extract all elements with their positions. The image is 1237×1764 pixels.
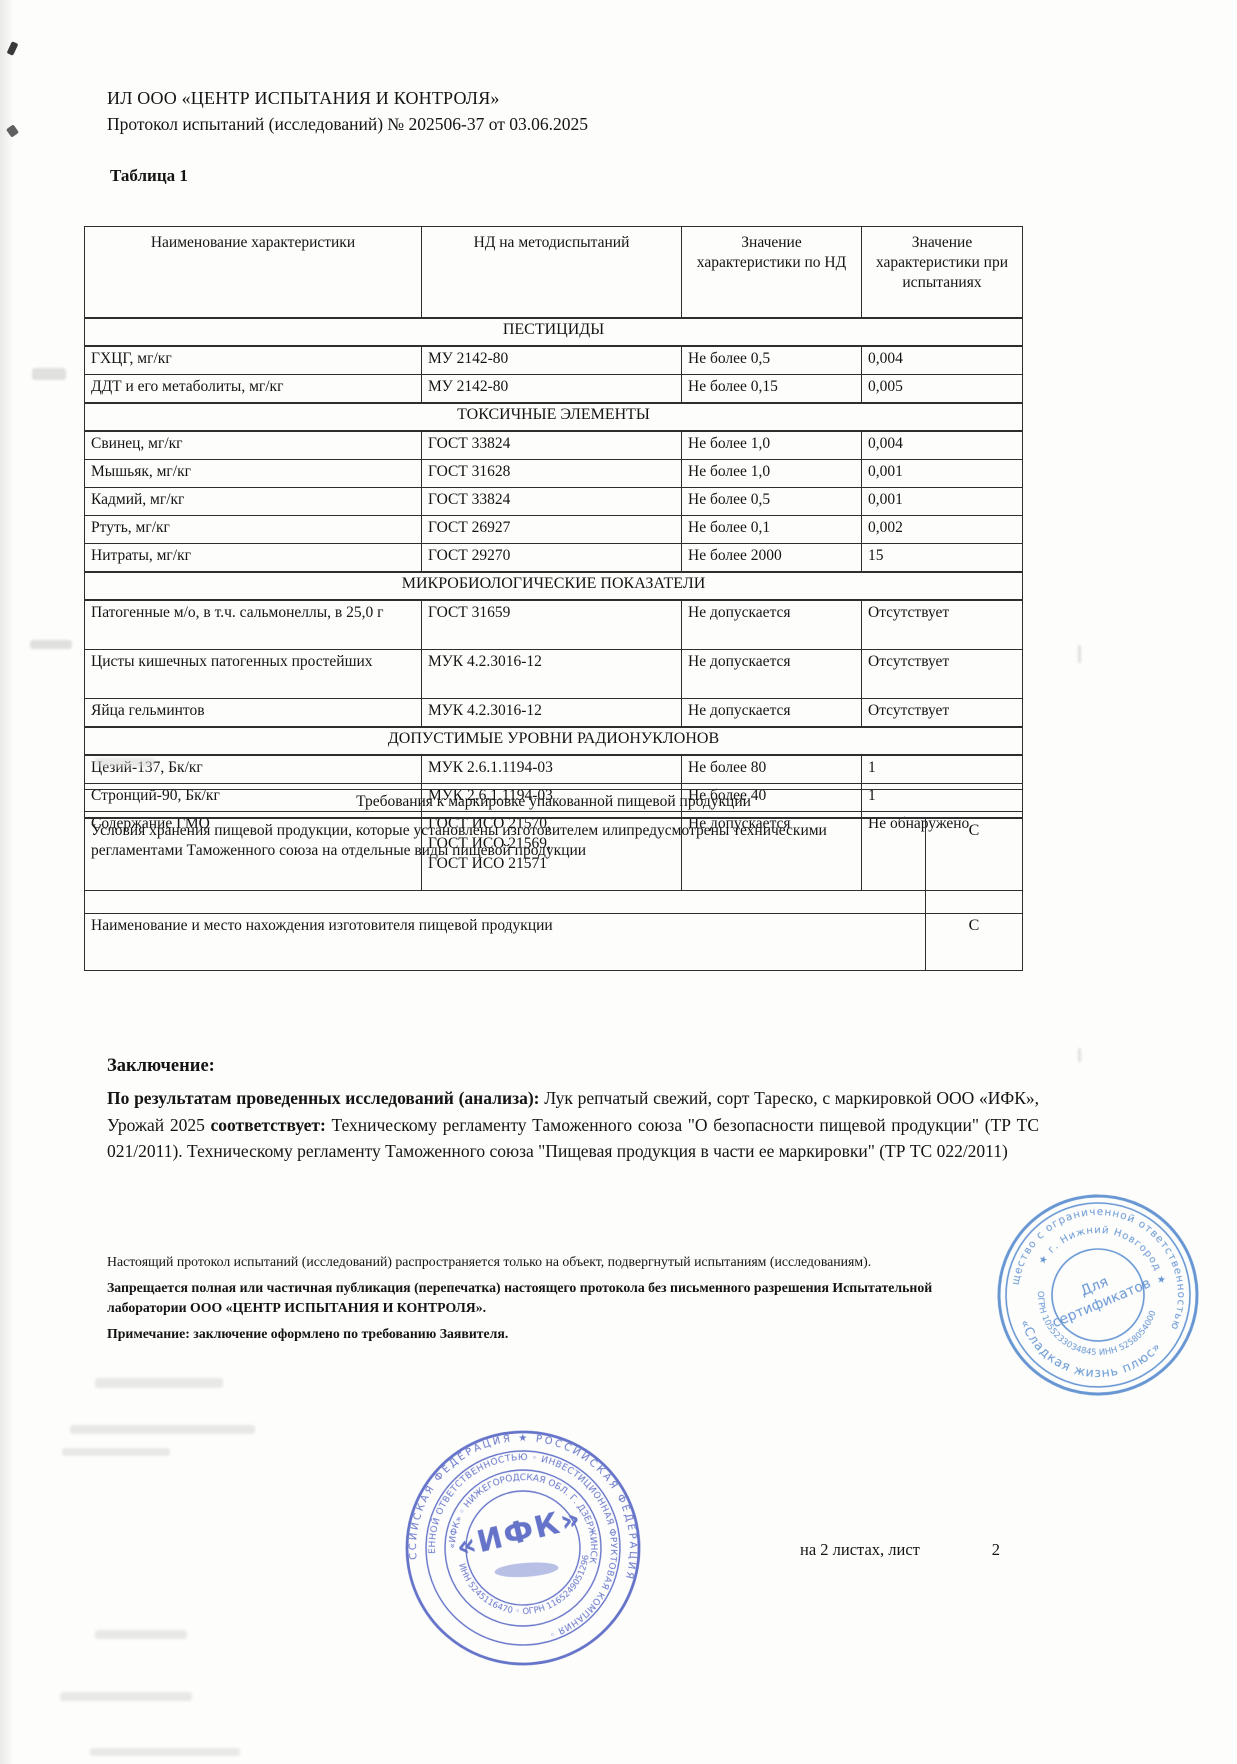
cell-test-value: Отсутствует xyxy=(862,600,1023,650)
protocol-number-line: Протокол испытаний (исследований) № 2025… xyxy=(107,113,588,137)
section-row: МИКРОБИОЛОГИЧЕСКИЕ ПОКАЗАТЕЛИ xyxy=(85,572,1023,600)
ifk-ring-address-text: ООО «ИФК» ◦ НИЖЕГОРОДСКАЯ ОБЛ. Г. ДЗЕРЖИ… xyxy=(384,1409,599,1579)
marking-table: Требования к маркировке упакованной пище… xyxy=(84,789,1023,971)
col-header-test-value: Значение характеристики при испытаниях xyxy=(862,227,1023,319)
table-header-row: Наименование характеристики НД на методи… xyxy=(85,227,1023,319)
cell-nd-value: Не допускается xyxy=(682,699,862,728)
col-header-method: НД на методиспытаний xyxy=(422,227,682,319)
ifk-ink-smudge xyxy=(494,1561,559,1579)
cell-characteristic: ДДТ и его метаболиты, мг/кг xyxy=(85,375,422,404)
table-row: Нитраты, мг/кг ГОСТ 29270 Не более 2000 … xyxy=(85,544,1023,573)
marking-header-row: Требования к маркировке упакованной пище… xyxy=(85,790,1023,819)
cell-test-value: Отсутствует xyxy=(862,699,1023,728)
table-row: Патогенные м/о, в т.ч. сальмонеллы, в 25… xyxy=(85,600,1023,650)
col-header-nd-value: Значение характеристики по НД xyxy=(682,227,862,319)
col-header-characteristic: Наименование характеристики xyxy=(85,227,422,319)
cell-characteristic: Ртуть, мг/кг xyxy=(85,516,422,544)
section-label: ДОПУСТИМЫЕ УРОВНИ РАДИОНУКЛОНОВ xyxy=(85,727,1023,755)
cell-test-value: 0,004 xyxy=(862,346,1023,375)
svg-text:ОБЩЕСТВО С ОГРАНИЧЕННОЙ ОТВЕТС: ОБЩЕСТВО С ОГРАНИЧЕННОЙ ОТВЕТСТВЕННОСТЬЮ… xyxy=(384,1409,624,1650)
stamp-center-line2: сертификатов xyxy=(1050,1275,1153,1331)
section-row: ТОКСИЧНЫЕ ЭЛЕМЕНТЫ xyxy=(85,403,1023,431)
cell-test-value: 1 xyxy=(862,755,1023,784)
cell-method: ГОСТ 26927 xyxy=(422,516,682,544)
ifk-ring-company-text: ОБЩЕСТВО С ОГРАНИЧЕННОЙ ОТВЕТСТВЕННОСТЬЮ… xyxy=(384,1409,624,1650)
table-row: Яйца гельминтов МУК 4.2.3016-12 Не допус… xyxy=(85,699,1023,728)
svg-text:★ г. Нижний Новгород ★: ★ г. Нижний Новгород ★ xyxy=(1036,1214,1175,1288)
stamp-company-text: «Сладкая жизнь плюс» xyxy=(1010,1315,1165,1392)
page-number: 2 xyxy=(992,1540,1000,1560)
table-row: Цисты кишечных патогенных простейших МУК… xyxy=(85,650,1023,699)
cell-nd-value: Не более 2000 xyxy=(682,544,862,573)
cell-nd-value: Не более 1,0 xyxy=(682,431,862,460)
scan-artifact xyxy=(6,124,19,137)
scanned-protocol-page: { "page": { "header_org": "ИЛ ООО «ЦЕНТР… xyxy=(0,0,1237,1764)
cell-method: МУК 2.6.1.1194-03 xyxy=(422,755,682,784)
cell-characteristic: Нитраты, мг/кг xyxy=(85,544,422,573)
table-title: Таблица 1 xyxy=(110,166,188,186)
scan-artifact xyxy=(30,640,72,649)
scan-artifact xyxy=(32,368,66,380)
cell-test-value: 0,005 xyxy=(862,375,1023,404)
scan-artifact xyxy=(1078,1048,1081,1062)
cell-method: МУ 2142-80 xyxy=(422,346,682,375)
svg-text:ОГРН 1055233034845 ИНН 52580: ОГРН 1055233034845 ИНН 5258054000 xyxy=(1025,1289,1159,1368)
cell-nd-value: Не более 0,15 xyxy=(682,375,862,404)
cell-characteristic: Цисты кишечных патогенных простейших xyxy=(85,650,422,699)
cell-nd-value: Не более 1,0 xyxy=(682,460,862,488)
section-label: ТОКСИЧНЫЕ ЭЛЕМЕНТЫ xyxy=(85,403,1023,431)
cell-characteristic: Яйца гельминтов xyxy=(85,699,422,728)
cell-method: МУ 2142-80 xyxy=(422,375,682,404)
table-row: Мышьяк, мг/кг ГОСТ 31628 Не более 1,0 0,… xyxy=(85,460,1023,488)
cell-method: ГОСТ 33824 xyxy=(422,431,682,460)
cell-test-value: 0,001 xyxy=(862,488,1023,516)
cell-characteristic: Патогенные м/о, в т.ч. сальмонеллы, в 25… xyxy=(85,600,422,650)
table-row: Свинец, мг/кг ГОСТ 33824 Не более 1,0 0,… xyxy=(85,431,1023,460)
cell-test-value: 0,002 xyxy=(862,516,1023,544)
table-row: Кадмий, мг/кг ГОСТ 33824 Не более 0,5 0,… xyxy=(85,488,1023,516)
stamp-ifk: ★ РОССИЙСКАЯ ФЕДЕРАЦИЯ ★ РОССИЙСКАЯ ФЕДЕ… xyxy=(384,1409,662,1687)
footnote-remark: Примечание: заключение оформлено по треб… xyxy=(107,1324,1013,1344)
cell-nd-value: Не более 80 xyxy=(682,755,862,784)
page-footer: на 2 листах, лист 2 xyxy=(800,1540,1000,1560)
cell-characteristic: Свинец, мг/кг xyxy=(85,431,422,460)
cell-characteristic: ГХЦГ, мг/кг xyxy=(85,346,422,375)
scan-artifact xyxy=(7,41,19,56)
ifk-ring-numbers-text: ИНН 5245116470 ◦ ОГРН 1165249051296 xyxy=(456,1554,596,1622)
cell-method: МУК 4.2.3016-12 xyxy=(422,699,682,728)
cell-characteristic: Кадмий, мг/кг xyxy=(85,488,422,516)
table-row: ДДТ и его метаболиты, мг/кг МУ 2142-80 Н… xyxy=(85,375,1023,404)
stamp-numbers-text: ОГРН 1055233034845 ИНН 5258054000 xyxy=(1025,1289,1159,1368)
section-label: ПЕСТИЦИДЫ xyxy=(85,318,1023,346)
lab-name: ИЛ ООО «ЦЕНТР ИСПЫТАНИЯ И КОНТРОЛЯ» xyxy=(107,86,588,110)
section-label: МИКРОБИОЛОГИЧЕСКИЕ ПОКАЗАТЕЛИ xyxy=(85,572,1023,600)
marking-row: Условия хранения пищевой продукции, кото… xyxy=(85,818,1023,914)
cell-method: ГОСТ 31628 xyxy=(422,460,682,488)
cell-test-value: Отсутствует xyxy=(862,650,1023,699)
cell-method: ГОСТ 33824 xyxy=(422,488,682,516)
svg-text:ООО «ИФК» ◦ НИЖЕГОРОДСКАЯ ОБЛ.: ООО «ИФК» ◦ НИЖЕГОРОДСКАЯ ОБЛ. Г. ДЗЕРЖИ… xyxy=(384,1409,599,1579)
marking-requirement-value: С xyxy=(926,818,1023,914)
conclusion-verdict: соответствует: xyxy=(211,1115,326,1135)
conclusion-paragraph: По результатам проведенных исследований … xyxy=(107,1085,1039,1165)
scan-artifact xyxy=(60,1692,192,1701)
cell-characteristic: Мышьяк, мг/кг xyxy=(85,460,422,488)
section-row: ПЕСТИЦИДЫ xyxy=(85,318,1023,346)
conclusion-lead: По результатам проведенных исследований … xyxy=(107,1088,540,1108)
cell-nd-value: Не более 0,1 xyxy=(682,516,862,544)
conclusion-title: Заключение: xyxy=(107,1056,1039,1077)
svg-text:ИНН 5245116470 ◦ ОГРН 11652490: ИНН 5245116470 ◦ ОГРН 1165249051296 xyxy=(456,1554,596,1622)
scan-artifact xyxy=(1078,645,1081,663)
marking-requirement-text: Наименование и место нахождения изготови… xyxy=(85,914,926,971)
scan-artifact xyxy=(95,1630,187,1639)
stamp-ring-city-text: ★ г. Нижний Новгород ★ xyxy=(1036,1214,1175,1288)
stamp-center-line1: Для xyxy=(1078,1274,1110,1300)
cell-characteristic: Цезий-137, Бк/кг xyxy=(85,755,422,784)
page-edge-shadow xyxy=(0,0,14,1764)
marking-requirement-value: С xyxy=(926,914,1023,971)
footnote-scope: Настоящий протокол испытаний (исследован… xyxy=(107,1252,1013,1272)
footnotes-block: Настоящий протокол испытаний (исследован… xyxy=(107,1252,1013,1350)
svg-text:«Сладкая жизнь плюс»: «Сладкая жизнь плюс» xyxy=(1010,1315,1165,1392)
ifk-ring-country-text: ★ РОССИЙСКАЯ ФЕДЕРАЦИЯ ★ РОССИЙСКАЯ ФЕДЕ… xyxy=(384,1409,640,1599)
scan-artifact xyxy=(70,1425,255,1434)
table-row: Ртуть, мг/кг ГОСТ 26927 Не более 0,1 0,0… xyxy=(85,516,1023,544)
section-row: ДОПУСТИМЫЕ УРОВНИ РАДИОНУКЛОНОВ xyxy=(85,727,1023,755)
conclusion-block: Заключение: По результатам проведенных и… xyxy=(107,1056,1039,1165)
marking-row: Наименование и место нахождения изготови… xyxy=(85,914,1023,971)
cell-method: МУК 4.2.3016-12 xyxy=(422,650,682,699)
scan-artifact xyxy=(95,1378,223,1388)
scan-artifact xyxy=(62,1448,170,1456)
cell-nd-value: Не более 0,5 xyxy=(682,346,862,375)
cell-test-value: 0,001 xyxy=(862,460,1023,488)
document-header: ИЛ ООО «ЦЕНТР ИСПЫТАНИЯ И КОНТРОЛЯ» Прот… xyxy=(107,86,588,137)
sheets-label: на 2 листах, лист xyxy=(800,1540,920,1560)
cell-test-value: 0,004 xyxy=(862,431,1023,460)
footnote-publication: Запрещается полная или частичная публика… xyxy=(107,1278,1013,1318)
cell-method: ГОСТ 29270 xyxy=(422,544,682,573)
cell-nd-value: Не допускается xyxy=(682,600,862,650)
cell-nd-value: Не более 0,5 xyxy=(682,488,862,516)
svg-text:★ РОССИЙСКАЯ ФЕДЕРАЦИЯ ★ РО: ★ РОССИЙСКАЯ ФЕДЕРАЦИЯ ★ РОССИЙСКАЯ ФЕДЕ… xyxy=(384,1409,640,1599)
marking-section-label: Требования к маркировке упакованной пище… xyxy=(85,790,1023,819)
table-row: ГХЦГ, мг/кг МУ 2142-80 Не более 0,5 0,00… xyxy=(85,346,1023,375)
marking-requirement-text: Условия хранения пищевой продукции, кото… xyxy=(85,818,926,914)
cell-test-value: 15 xyxy=(862,544,1023,573)
ifk-center-text: «ИФК» xyxy=(453,1500,586,1565)
cell-method: ГОСТ 31659 xyxy=(422,600,682,650)
scan-artifact xyxy=(90,1748,240,1756)
table-row: Цезий-137, Бк/кг МУК 2.6.1.1194-03 Не бо… xyxy=(85,755,1023,784)
cell-nd-value: Не допускается xyxy=(682,650,862,699)
